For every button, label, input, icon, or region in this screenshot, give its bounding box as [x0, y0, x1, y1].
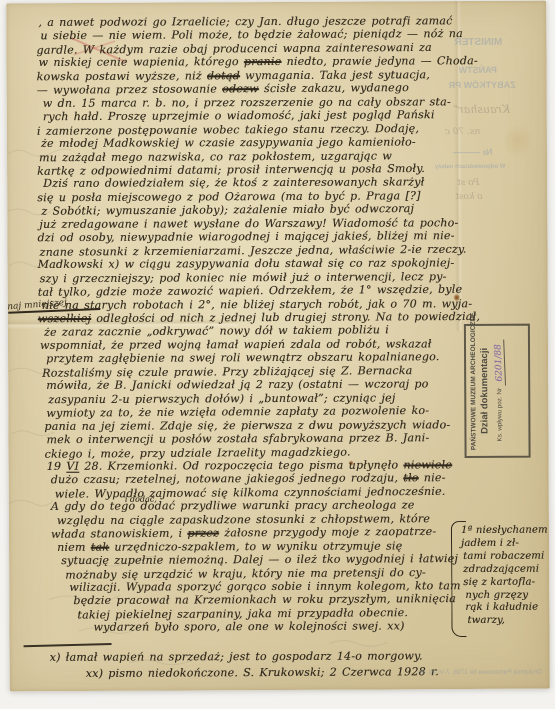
bleedthrough-text-column: MINISTERPAŃSTWZABYTKÓW PRKraushar”ns. 70…	[6, 1, 546, 4]
footnote-separator	[24, 643, 112, 647]
margin-note-lines: 1ª niesłychanemjadłem i zł-tami robaczem…	[461, 525, 550, 629]
stamp-field-label: Ks. wpływu poz. Nr	[496, 388, 503, 442]
stamp-accession-field: Ks. wpływu poz. Nr 6201/88	[494, 330, 506, 452]
manuscript-line: 19 VI 28. Krzemionki. Od rozpoczęcia teg…	[47, 458, 531, 473]
museum-stamp: PAŃSTWOWE MUZEUM ARCHEOLOGICZNE Dział do…	[464, 324, 531, 458]
margin-note-line: jadłem i zł-	[461, 537, 550, 550]
manuscript-line: Dziś rano dowiedziałem się, że ktoś z za…	[43, 175, 529, 190]
stamp-department: Dział dokumentacji	[479, 330, 491, 452]
footnotes: x) łamał wapień na sprzedaż; jest to gos…	[40, 648, 540, 683]
margin-note-right: 1ª niesłychanemjadłem i zł-tami robaczem…	[461, 525, 550, 629]
margin-note-line: się z kartofla-	[463, 576, 550, 589]
margin-note-left: (naj mniejszej	[6, 298, 67, 313]
scan-backdrop: MINISTERPAŃSTWZABYTKÓW PRKraushar”ns. 70…	[0, 0, 555, 709]
manuscript-line: wspomniał, że przed wojną łamał wapień z…	[40, 337, 530, 352]
printer-imprint-bleedthrough: Drukarnia Państwowa № 1793. 7-VI 28. 50.	[426, 669, 542, 677]
stamp-accession-number: 6201/88	[493, 340, 506, 386]
caret-insertion: i dodać,	[125, 495, 157, 504]
margin-note-line: zdradzającemi	[463, 563, 550, 576]
manuscript-line: w dn. 15 marca r. b. no, i przez rozszer…	[43, 95, 529, 110]
manuscript-line: że młodej Madkowskiej w czasie zasypywan…	[41, 135, 529, 150]
margin-note-line: twarzy,	[467, 615, 549, 628]
margin-note-line: 1ª niesłychanem	[461, 525, 550, 538]
manuscript-line: mówiła, że B. Janicki odwiedzał ją 2 raz…	[46, 377, 530, 392]
letter-page: MINISTERPAŃSTWZABYTKÓW PRKraushar”ns. 70…	[6, 1, 550, 692]
footnote-line: x) łamał wapień na sprzedaż; jest to gos…	[50, 648, 540, 666]
stamp-frame: PAŃSTWOWE MUZEUM ARCHEOLOGICZNE Dział do…	[464, 324, 531, 458]
manuscript-line: w niskiej cenie wapienia, którego pranie…	[38, 54, 528, 69]
manuscript-line: , a nawet podwozi go Izraelicie; czy Jan…	[38, 14, 528, 29]
margin-note-line: nych grzęzy	[465, 589, 550, 602]
stamp-institution: PAŃSTWOWE MUZEUM ARCHEOLOGICZNE	[470, 332, 478, 450]
margin-note-bracket	[451, 521, 467, 637]
margin-note-line: tami robaczemi	[463, 550, 550, 563]
manuscript-line: pania na jej ziemi. Zdaje się, że pierws…	[44, 418, 530, 433]
margin-note-line: rąk i kałudnie	[465, 602, 549, 615]
manuscript-line: Madkowski x) w ciągu zasypywania dołu st…	[38, 256, 530, 271]
manuscript-line: A gdy do tego dodać przydliwe warunki pr…	[51, 498, 531, 513]
manuscript-line: już zredagowane i nawet wysłane do Warsz…	[39, 216, 529, 231]
manuscript-line: nie na starych robotach i 2°, nie bliżej…	[42, 297, 530, 312]
